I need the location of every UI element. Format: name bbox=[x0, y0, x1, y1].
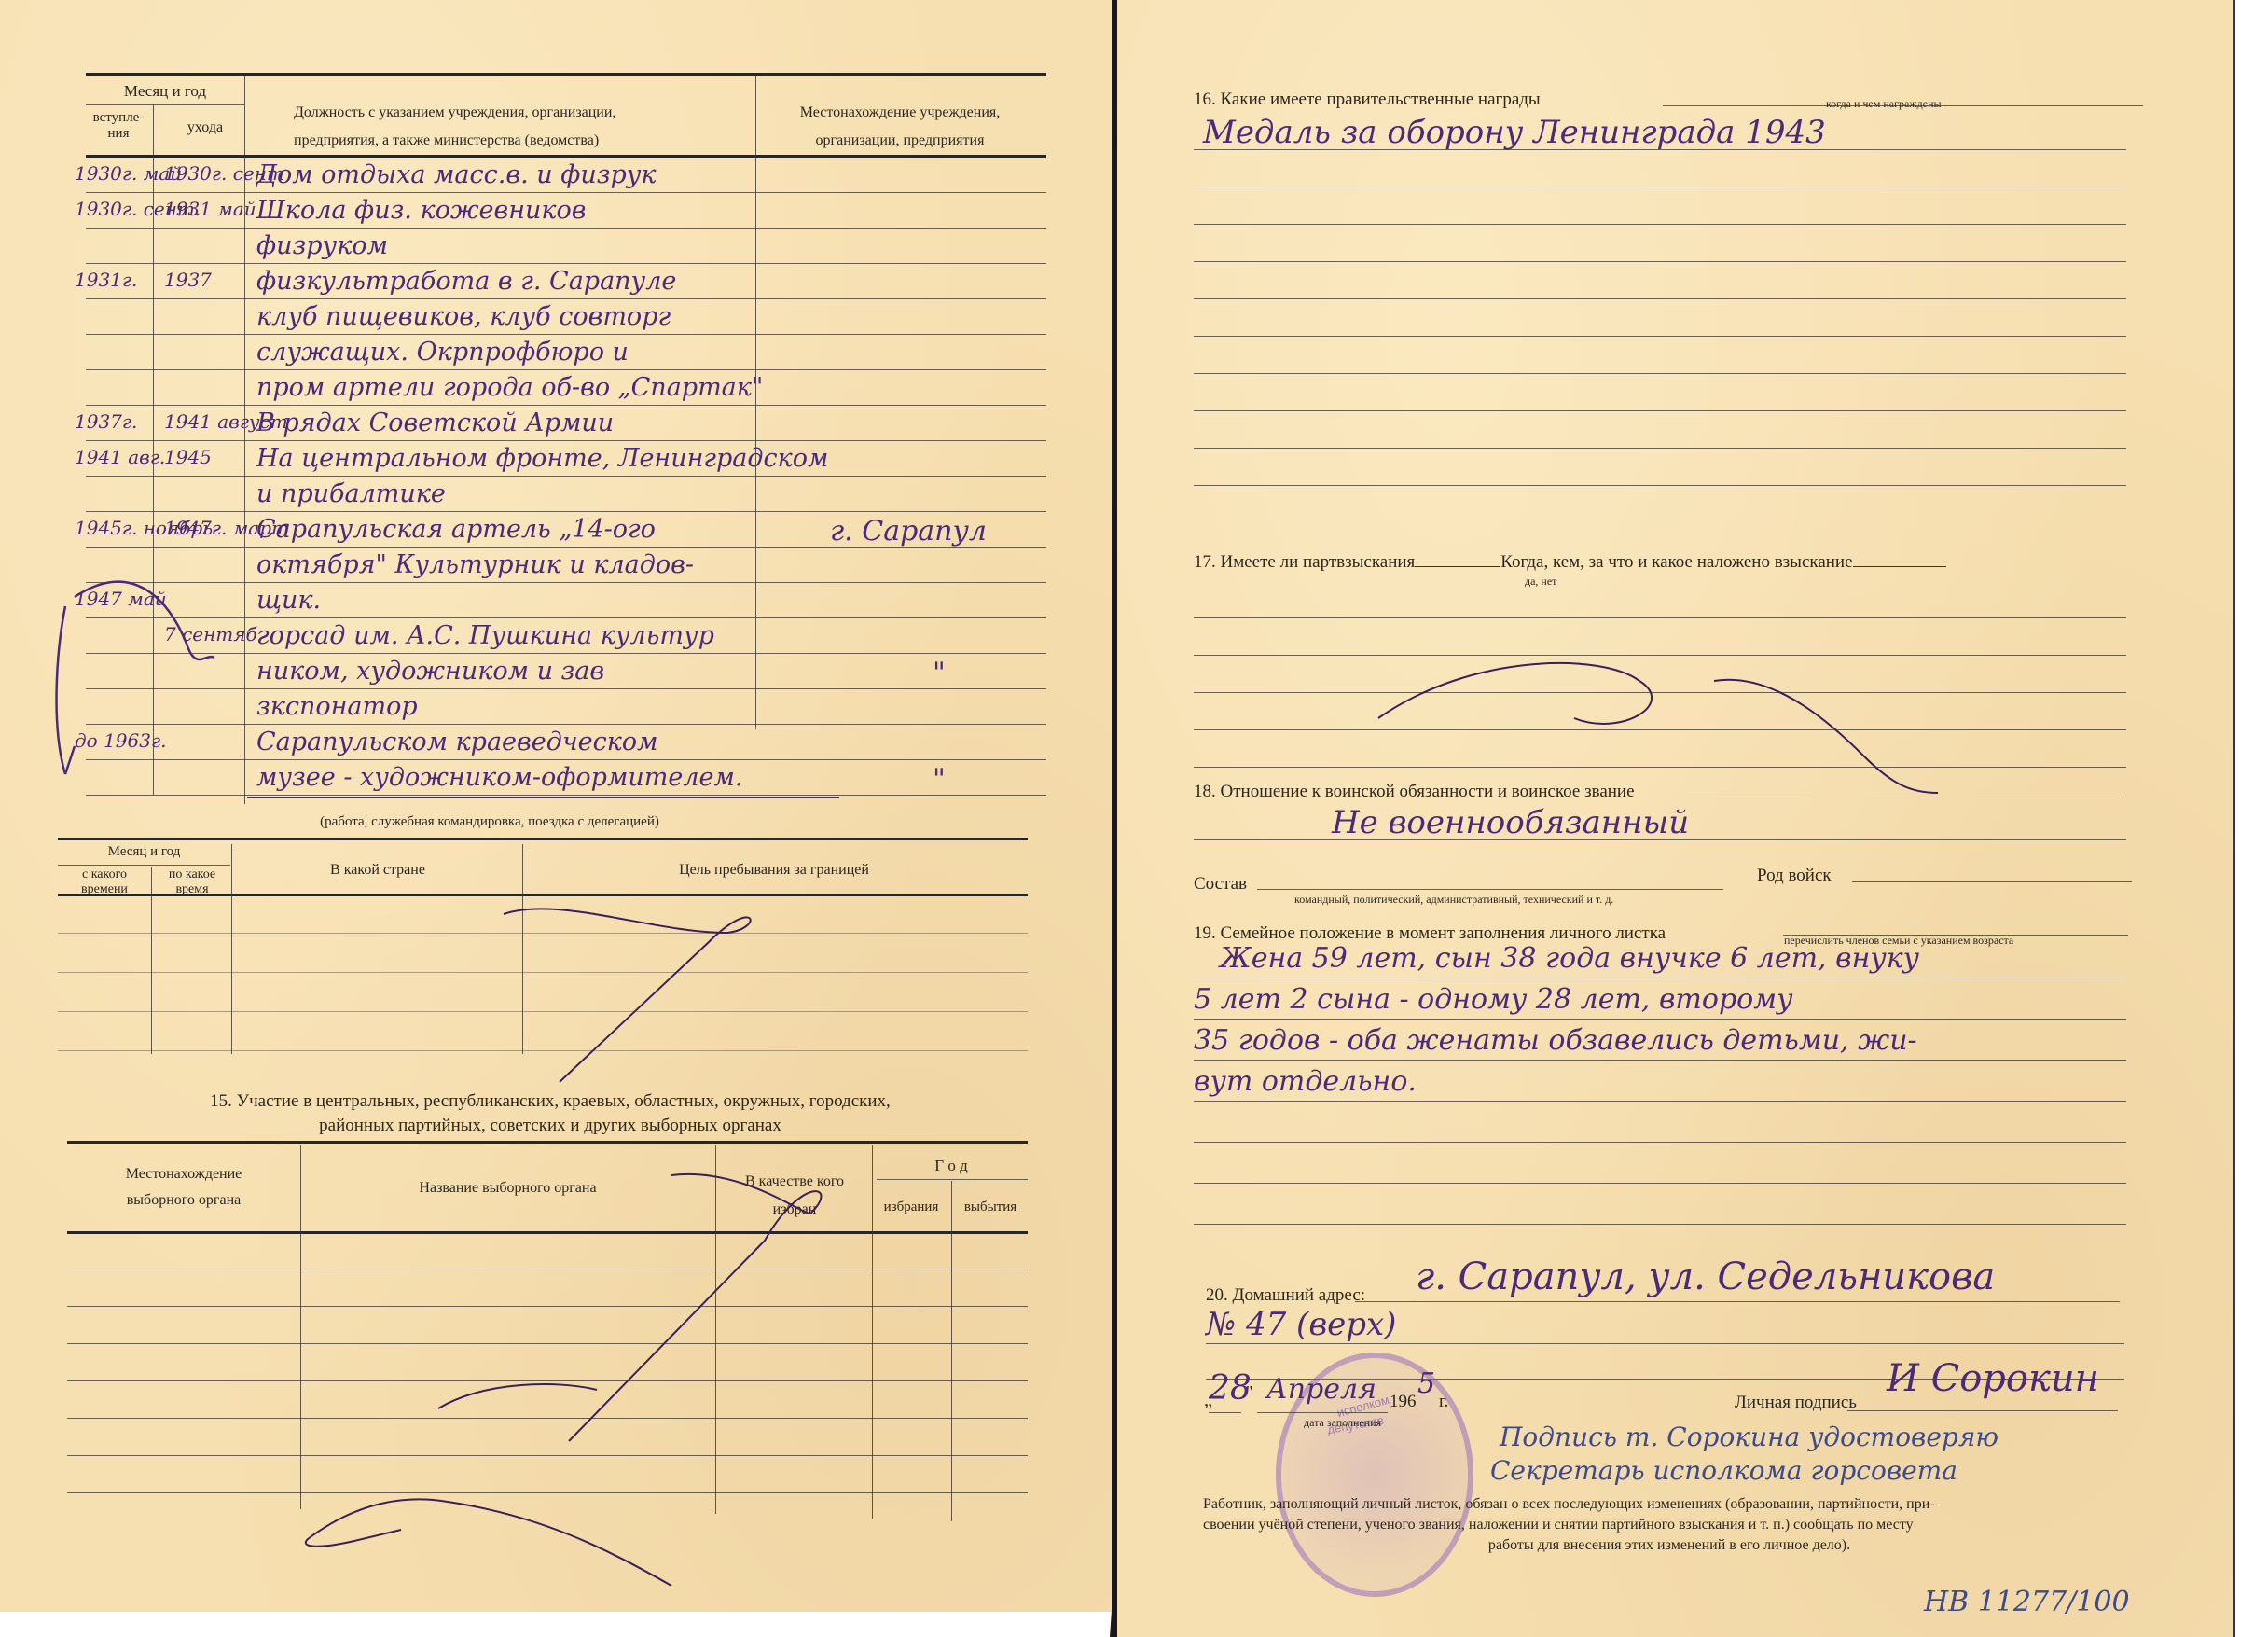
handwritten-strike-marks bbox=[0, 0, 1138, 1612]
q17-strike-mark bbox=[1117, 0, 2233, 1637]
page-edge bbox=[2233, 0, 2235, 1637]
right-page: 16. Какие имеете правительственные награ… bbox=[1117, 0, 2233, 1637]
left-page: Месяц и год вступле- ния ухода Должность… bbox=[0, 0, 1138, 1612]
